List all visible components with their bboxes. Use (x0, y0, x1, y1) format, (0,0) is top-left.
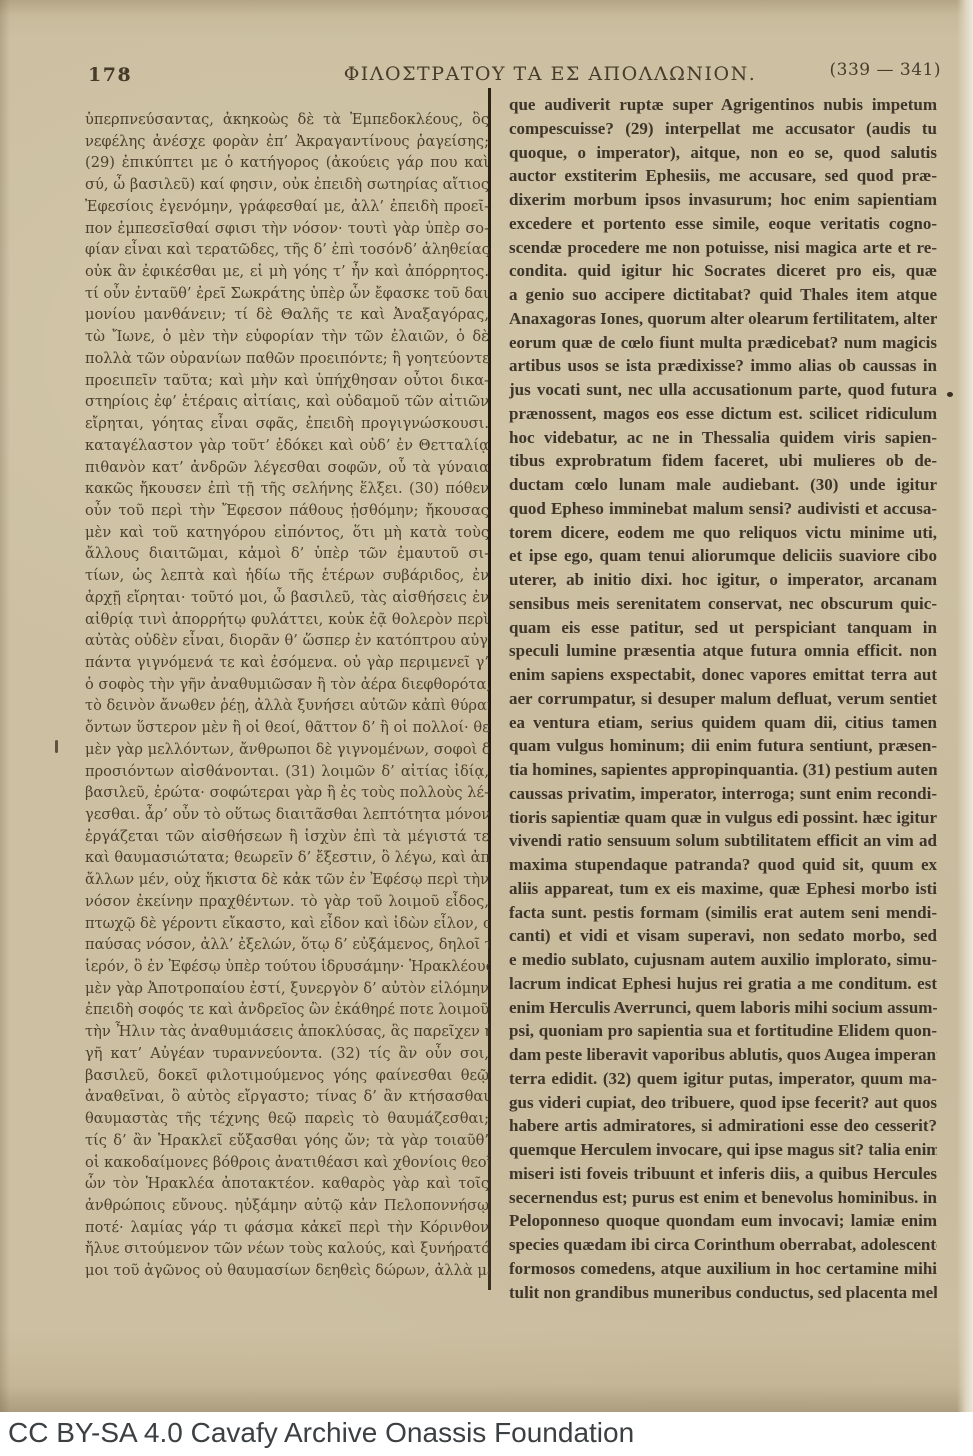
text-line: τί οὖν ἐνταῦθ’ ἐρεῖ Σωκράτης ὑπὲρ ὧν ἔφα… (85, 283, 489, 305)
text-line: quam eis esse patitur, sed ut perspician… (509, 616, 937, 640)
text-line: dam peste liberavit vaporibus ablutis, q… (509, 1043, 937, 1067)
text-line: compescuisse? (29) interpellat me accusa… (509, 117, 937, 141)
text-line: θαυμαστὰς τῆς τέχνης θεῷ παρεὶς τὸ θαυμά… (85, 1108, 489, 1130)
text-line: secernendus est; purus est enim et benev… (509, 1186, 937, 1210)
text-line: ὄντων ὕστερον μὲν ἢ οἱ θεοί, θᾶττον δ’ ἢ… (85, 717, 489, 739)
text-line: πολλὰ τῶν οὐρανίων παθῶν προειπόντε; ἢ γ… (85, 348, 489, 370)
text-line: uterer, ab initio dixi. hoc igitur, o im… (509, 568, 937, 592)
text-line: νόσον ἐκείνην πραχθέντων. τὸ γὰρ τοῦ λοι… (85, 891, 489, 913)
text-line: μὲν καὶ τοῦ κατηγόρου εἰπόντος, ὅτι μὴ κ… (85, 522, 489, 544)
text-line: a genio suo accipere dictitabat? quid Th… (509, 283, 937, 307)
text-line: Peloponneso quoque quondam eum invocavi;… (509, 1209, 937, 1233)
text-line: torem dicere, eodem me quo reliquos vict… (509, 521, 937, 545)
page-left-edge-shadow (0, 0, 10, 1412)
greek-text-column: ὑπερπνεύσαντας, ἀκηκοὼς δὲ τὰ Ἐμπεδοκλέο… (85, 109, 489, 1282)
text-line: μονίου μανθάνειν; τί δὲ Θαλῆς τε καὶ Ἀνα… (85, 304, 489, 326)
text-line: dixerim morbum ipsos invasurum; hoc enim… (509, 188, 937, 212)
text-line: κακῶς ἤκουσεν ἐπὶ τῇ τῆς σελήνης ἕλξει. … (85, 478, 489, 500)
text-line: πάντα γιγνόμενά τε καὶ ἐσόμενα. οὐ γὰρ π… (85, 652, 489, 674)
text-line: τίων, ὡς λεπτὰ καὶ ἡδίω τῆς ἑτέρων συβάρ… (85, 565, 489, 587)
text-line: μὲν γὰρ μελλόντων, ἄνθρωποι δὲ γιγνομένω… (85, 739, 489, 761)
text-line: ἤλυε σιτούμενον τῶν νέων τοὺς καλούς, κα… (85, 1238, 489, 1260)
text-line: tioris sapientiæ quam quæ in vulgus edi … (509, 806, 937, 830)
text-line: ea ventura etiam, serius quidem quam dii… (509, 711, 937, 735)
ink-speck (55, 740, 58, 753)
text-line: formosos comedens, atque auxilium in hoc… (509, 1257, 937, 1281)
text-line: εἴρηται, γόητας εἶναι σφᾶς, ἐπειδὴ προγι… (85, 413, 489, 435)
text-line: πον ἐμπεσεῖσθαί σφισι τὴν νόσον· τουτὶ γ… (85, 218, 489, 240)
page-right-edge-highlight (957, 0, 973, 1412)
text-line: πιθανὸν κατ’ ἀνδρῶν λέγεσθαι σοφῶν, οὗ τ… (85, 457, 489, 479)
text-line: ἄλλους διαιτῶμαι, κἀμοὶ δ’ ὑπὲρ τῶν ἐμαυ… (85, 543, 489, 565)
text-line: quoque, o imperator), aitque, non eo se,… (509, 141, 937, 165)
text-line: νεφέλης ἀνέσχε φορὰν ἐπ’ Ἀκραγαντίνους ῥ… (85, 131, 489, 153)
text-line: tulit non grandibus muneribus conductus,… (509, 1281, 937, 1305)
text-line: canti) et vidi et visam superavi, non se… (509, 924, 937, 948)
text-line: πτωχῷ δὲ γέροντι εἴκαστο, καὶ εἶδον καὶ … (85, 913, 489, 935)
text-line: αὐτὰς οὐδὲν εἶναι, διορᾶν θ’ ὥσπερ ἐν κα… (85, 630, 489, 652)
text-line: et ipse ego, quam tenui aliorumque delic… (509, 544, 937, 568)
text-line: vivendi ratio sensuum solum subtilitatem… (509, 829, 937, 853)
text-line: προσιόντων αἰσθάνονται. (31) λοιμῶν δ’ α… (85, 761, 489, 783)
text-line: habere artis admiratores, si admirationi… (509, 1114, 937, 1138)
running-title: ΦΙΛΟΣΤΡΑΤΟΥ ΤΑ ΕΣ ΑΠΟΛΛΩΝΙΟΝ. (300, 63, 800, 85)
text-line: ὧν τὸν Ἡρακλέα ἀποτακτέον. καθαρὸς γὰρ κ… (85, 1173, 489, 1195)
text-line: ἀνθρώποις εὔνους. ηὐξάμην αὐτῷ κἀν Πελοπ… (85, 1195, 489, 1217)
text-line: hoc videbatur, ac ne in Thessalia quidem… (509, 426, 937, 450)
text-line: ὁ σοφὸς τὴν γῆν ἀναθυμιῶσαν ἢ τὸν ἀέρα δ… (85, 674, 489, 696)
text-line: species quædam ibi circa Corinthum oberr… (509, 1233, 937, 1257)
page-header: 178 ΦΙΛΟΣΤΡΑΤΟΥ ΤΑ ΕΣ ΑΠΟΛΛΩΝΙΟΝ. (339 —… (0, 60, 973, 92)
license-text: CC BY-SA 4.0 Cavafy Archive Onassis Foun… (8, 1417, 634, 1449)
text-line: οὐκ ἂν ἐφικέσθαι με, εἰ μὴ γόης τ’ ἦν κα… (85, 261, 489, 283)
text-line: que audiverit ruptæ super Agrigentinos n… (509, 93, 937, 117)
scanned-book-page: 178 ΦΙΛΟΣΤΡΑΤΟΥ ΤΑ ΕΣ ΑΠΟΛΛΩΝΙΟΝ. (339 —… (0, 0, 973, 1412)
text-line: μὲν γὰρ Ἀποτροπαίου ἐστί, ξυνεργὸν δ’ αὐ… (85, 978, 489, 1000)
text-line: sensibus meis serenitatem conservat, nec… (509, 592, 937, 616)
text-line: ἀναθεῖναι, ὃ αὐτὸς εἴργαστο; τίνας δ’ ἂν… (85, 1086, 489, 1108)
latin-text-column: que audiverit ruptæ super Agrigentinos n… (509, 93, 937, 1304)
text-line: ductam cœlo lunam male audiebant. (30) u… (509, 473, 937, 497)
text-line: tibus exprobratum fidem faceret, ubi mul… (509, 449, 937, 473)
text-line: scendæ procedere me non potuisse, nisi m… (509, 236, 937, 260)
text-line: miseri isti foveis tribuunt et inferis d… (509, 1162, 937, 1186)
text-line: βασιλεῦ, δοκεῖ φιλοτιμούμενος γόης φαίνε… (85, 1065, 489, 1087)
ink-speck (947, 392, 953, 397)
text-line: αἰθρίᾳ τινὶ ἀπορρήτῳ φυλάττει, κοὐκ ἐᾷ θ… (85, 609, 489, 631)
text-line: τὴν Ἦλιν τὰς ἀναθυμιάσεις ἀποκλύσας, ἃς … (85, 1021, 489, 1043)
section-range: (339 — 341) (830, 60, 941, 80)
text-line: maxima stupendaque patranda? quod quid s… (509, 853, 937, 877)
text-line: οὖν τοῦ περὶ τὴν Ἔφεσον πάθους ᾐσθόμην; … (85, 500, 489, 522)
text-line: terra edidit. (32) quem igitur putas, im… (509, 1067, 937, 1091)
text-line: βασιλεῦ, ἐρώτα· σοφώτεραι γὰρ ἢ ἐς τοὺς … (85, 782, 489, 804)
text-line: οἱ κακοδαίμονες βόθροις ἀνατιθέασι καὶ χ… (85, 1152, 489, 1174)
text-line: ἀρχῇ εἴρηται· τοῦτό μοι, ὦ βασιλεῦ, τὰς … (85, 587, 489, 609)
text-line: quam vulgus hominum; dii enim futura sen… (509, 734, 937, 758)
text-line: Ἐφεσίοις ἐγενόμην, γράφεσθαί με, ἀλλ’ ἐπ… (85, 196, 489, 218)
text-line: γεσθαι. ἆρ’ οὖν τὸ οὕτως διαιτᾶσθαι λεπτ… (85, 804, 489, 826)
text-line: quemque Herculem invocare, qui ipse magu… (509, 1138, 937, 1162)
text-line: σύ, ὦ βασιλεῦ) καί φησιν, οὐκ ἐπειδὴ σωτ… (85, 174, 489, 196)
text-line: φίαν εἶναι καὶ τερατῶδες, τῆς δ’ ἐπὶ τοσ… (85, 239, 489, 261)
text-line: auctor exstiterim Ephesiis, me accusare,… (509, 164, 937, 188)
text-line: ἱερόν, ὃ ἐν Ἐφέσῳ ὑπὲρ τούτου ἱδρυσάμην·… (85, 956, 489, 978)
text-line: tia homines, sapientes appropinquantia. … (509, 758, 937, 782)
text-line: καὶ θαυμασιώτατα; θεωρεῖν δ’ ἔξεστιν, ὃ … (85, 847, 489, 869)
text-line: τὸ δεινὸν ἄνωθεν ῥέῃ, ἀλλὰ ξυνήσει αὐτῶν… (85, 695, 489, 717)
text-line: τίς δ’ ἂν Ἡρακλεῖ εὔξασθαι γόης ὤν; τὰ γ… (85, 1130, 489, 1152)
text-line: παύσας νόσον, ἀλλ’ ἐξελών, ὅτῳ δ’ εὐξάμε… (85, 934, 489, 956)
text-line: μοι τοῦ ἀγῶνος οὐ θαυμασίων δεηθεὶς δώρω… (85, 1260, 489, 1282)
text-line: τὼ Ἴωνε, ὁ μὲν τὴν εὐφορίαν τὴν τῶν ἐλαι… (85, 326, 489, 348)
text-line: gus videri cupiat, deo tribuere, quod ip… (509, 1091, 937, 1115)
text-line: στηρίοις ἐφ’ ἑτέραις αἰτίαις, καὶ οὐδαμο… (85, 391, 489, 413)
text-line: speculi lumine præsentia atque futura om… (509, 639, 937, 663)
text-line: aer corrumpatur, si desuper malum deflua… (509, 687, 937, 711)
text-line: aliis appareat, tum ex eis maxime, quæ E… (509, 877, 937, 901)
text-line: lacrum indicat Ephesi hujus rei gratia a… (509, 972, 937, 996)
text-line: jus vocati sunt, nec ulla accusationum p… (509, 378, 937, 402)
text-line: ὑπερπνεύσαντας, ἀκηκοὼς δὲ τὰ Ἐμπεδοκλέο… (85, 109, 489, 131)
text-line: psi, quoniam pro sapientia sua et fortit… (509, 1019, 937, 1043)
text-line: eorum quæ de cœlo fiunt multa prædicebat… (509, 331, 937, 355)
license-bar: CC BY-SA 4.0 Cavafy Archive Onassis Foun… (0, 1412, 973, 1456)
text-line: excedere et portento esse simile, eoque … (509, 212, 937, 236)
text-line: ποτέ· λαμίας γάρ τι φάσμα κἀκεῖ περὶ τὴν… (85, 1217, 489, 1239)
text-line: καταγέλαστον γὰρ τοῦτ’ ἐδόκει καὶ οὐδ’ ἐ… (85, 435, 489, 457)
text-line: prænossent, magos eos esse dictum est. s… (509, 402, 937, 426)
text-line: ἐργάζεται τῶν αἰσθήσεων ἢ ἰσχὺν ἐπὶ τὰ μ… (85, 826, 489, 848)
text-line: enim sapiens exspectabit, donec vapores … (509, 663, 937, 687)
text-line: quod Epheso imminebat malum sensi? audiv… (509, 497, 937, 521)
text-line: ἐπειδὴ σοφός τε καὶ ἀνδρεῖος ὢν ἐκάθηρέ … (85, 999, 489, 1021)
text-line: condita. quid igitur hic Socrates dicere… (509, 259, 937, 283)
text-line: ἄλλων μέν, οὐχ ἥκιστα δὲ κἀκ τῶν ἐν Ἐφέσ… (85, 869, 489, 891)
text-line: caussas privatim, imperator, interroga; … (509, 782, 937, 806)
text-line: facta sunt. pestis formam (similis erat … (509, 901, 937, 925)
text-line: enim Herculis Averrunci, quem laboris mi… (509, 996, 937, 1020)
text-line: γῆ κατ’ Αὐγέαν τυραννεύοντα. (32) τίς ἂν… (85, 1043, 489, 1065)
text-line: artibus usos se ista prædixisse? immo al… (509, 354, 937, 378)
text-line: προειπεῖν ταῦτα; καὶ μὴν καὶ ὑπήχθησαν ο… (85, 370, 489, 392)
text-line: Anaxagoras Iones, quorum alter olearum f… (509, 307, 937, 331)
text-line: e medio sublato, cujusnam autem auxilio … (509, 948, 937, 972)
text-line: (29) ἐπικύπτει με ὁ κατήγορος (ἀκούεις γ… (85, 152, 489, 174)
